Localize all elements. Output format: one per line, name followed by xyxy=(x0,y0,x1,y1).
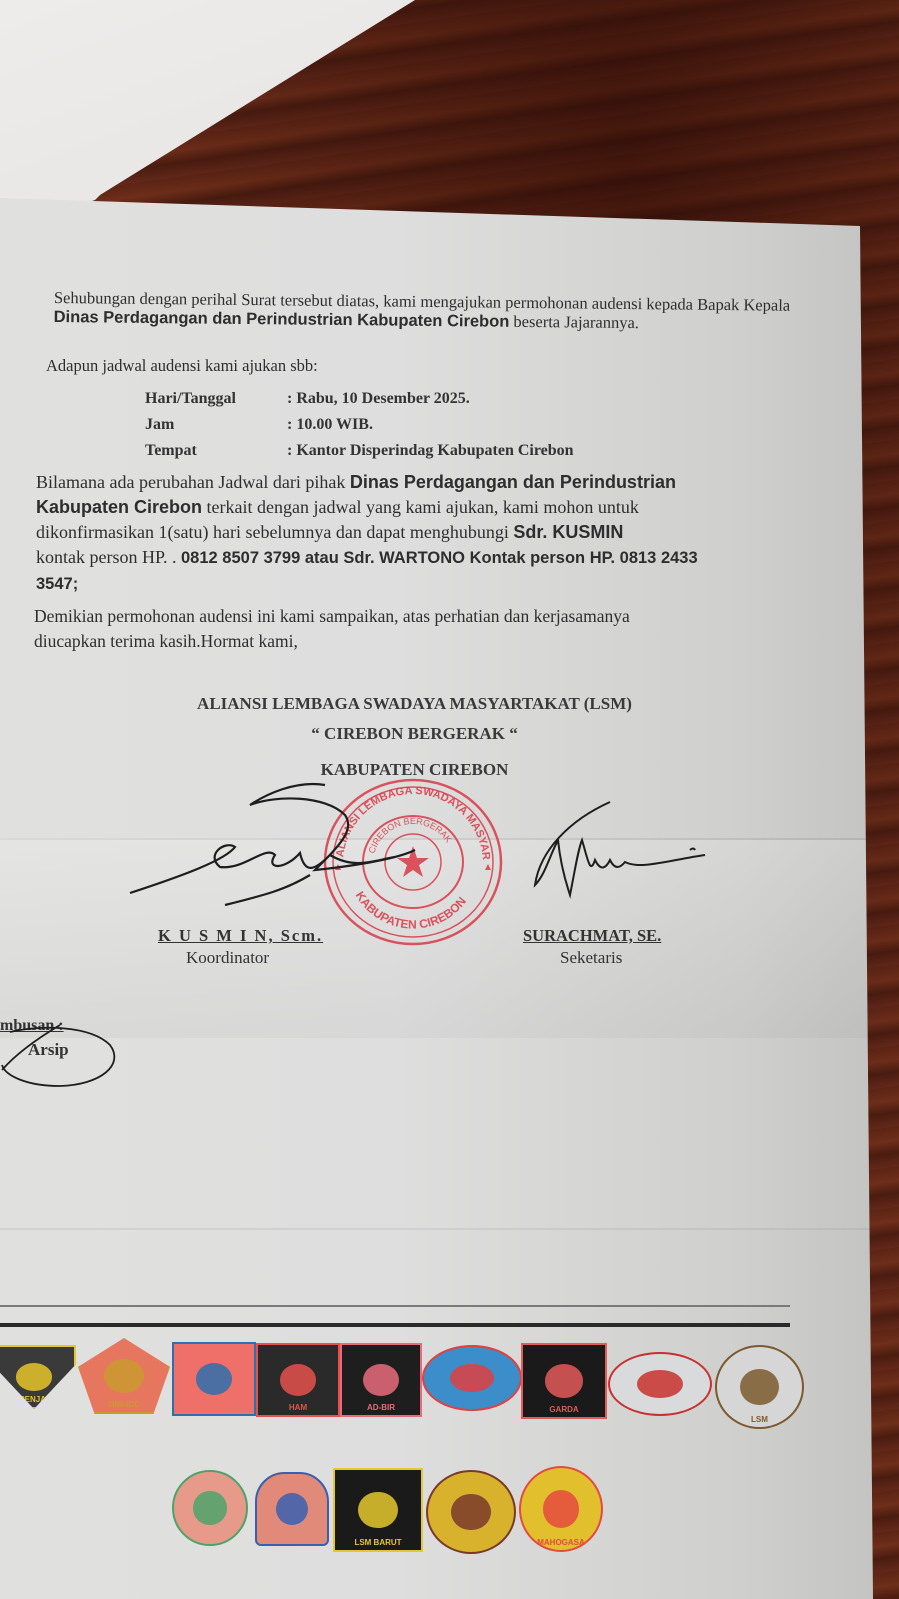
signatory-role-koordinator: Koordinator xyxy=(186,948,269,968)
schedule-label: Hari/Tanggal xyxy=(145,389,287,408)
logo-emblem-icon xyxy=(740,1369,779,1406)
schedule-intro: Adapun jadwal audensi kami ajukan sbb: xyxy=(46,356,318,376)
logo-emblem-icon xyxy=(543,1490,580,1528)
org-logo-ham: HAM xyxy=(256,1343,340,1417)
org-logo-globe-emblem xyxy=(608,1352,712,1416)
notice-text: terkait dengan jadwal yang kami ajukan, … xyxy=(202,497,639,517)
org-logo-istra xyxy=(426,1470,516,1554)
schedule-row-time: Jam : 10.00 WIB. xyxy=(145,412,574,438)
logo-emblem-icon xyxy=(451,1494,491,1531)
org-logo-ad-bir: AD-BIR xyxy=(340,1343,422,1417)
logo-emblem-icon xyxy=(104,1359,144,1392)
signature-koordinator xyxy=(125,775,425,925)
logo-label: GARDA xyxy=(523,1405,605,1414)
footer-rule-thick xyxy=(0,1323,790,1327)
logo-label: AD-BIR xyxy=(342,1403,420,1412)
signatory-name-koordinator: K U S M I N, Scm. xyxy=(158,926,323,946)
signatory-name-seketaris: SURACHMAT, SE. xyxy=(523,926,661,946)
logo-emblem-icon xyxy=(16,1363,53,1391)
schedule-row-place: Tempat : Kantor Disperindag Kabupaten Ci… xyxy=(145,438,574,464)
schedule-value: : Kantor Disperindag Kabupaten Cirebon xyxy=(287,441,574,460)
intro-agency: Dinas Perdagangan dan Perindustrian Kabu… xyxy=(54,308,510,331)
org-logo-garda: GARDA xyxy=(521,1343,607,1419)
logo-emblem-icon xyxy=(193,1491,226,1524)
closing-line: Demikian permohonan audensi ini kami sam… xyxy=(34,604,824,629)
signatory-role-seketaris: Seketaris xyxy=(560,948,622,968)
footer-rule-thin xyxy=(0,1305,790,1307)
logo-emblem-icon xyxy=(280,1364,317,1396)
org-logo-lsm-eagle: LSM xyxy=(715,1345,804,1429)
logo-label: HAM xyxy=(258,1403,338,1412)
logo-emblem-icon xyxy=(450,1364,494,1393)
logo-emblem-icon xyxy=(545,1364,583,1397)
notice-text: dikonfirmasikan 1(satu) hari sebelumnya … xyxy=(36,522,513,542)
organization-name: ALIANSI LEMBAGA SWADAYA MASYARTAKAT (LSM… xyxy=(0,694,864,714)
logo-emblem-icon xyxy=(637,1370,683,1398)
schedule-row-date: Hari/Tanggal : Rabu, 10 Desember 2025. xyxy=(145,386,574,412)
schedule-label: Jam xyxy=(145,415,287,434)
closing-paragraph: Demikian permohonan audensi ini kami sam… xyxy=(34,604,824,654)
logo-emblem-icon xyxy=(358,1492,398,1529)
org-logo-lsm-barut: LSM BARUT xyxy=(333,1468,423,1552)
notice-text: kontak person HP. . xyxy=(36,547,181,567)
schedule-label: Tempat xyxy=(145,441,287,460)
signature-seketaris xyxy=(520,800,710,900)
logo-label: OMI-ICC xyxy=(80,1400,168,1409)
change-notice-paragraph: Bilamana ada perubahan Jadwal dari pihak… xyxy=(36,470,826,597)
notice-agency: Dinas Perdagangan dan Perindustrian xyxy=(350,472,676,492)
handwritten-circle-mark xyxy=(0,1020,120,1090)
intro-text-end: beserta Jajarannya. xyxy=(509,312,639,332)
org-logo-mahogasa: MAHOGASA xyxy=(519,1466,603,1552)
org-logo-gerakan-anti xyxy=(422,1345,522,1411)
schedule-table: Hari/Tanggal : Rabu, 10 Desember 2025. J… xyxy=(145,386,574,464)
notice-text: Bilamana ada perubahan Jadwal dari pihak xyxy=(36,472,350,492)
closing-line: diucapkan terima kasih.Hormat kami, xyxy=(34,629,824,654)
paper-fold-line xyxy=(0,1228,873,1230)
org-logo-forum-sarjana-hukum xyxy=(255,1472,329,1546)
org-logo-garuda-circle xyxy=(172,1470,248,1546)
schedule-value: : 10.00 WIB. xyxy=(287,415,373,434)
schedule-value: : Rabu, 10 Desember 2025. xyxy=(287,389,470,408)
logo-emblem-icon xyxy=(196,1363,233,1395)
intro-paragraph: Sehubungan dengan perihal Surat tersebut… xyxy=(54,288,794,335)
contact-name: Sdr. KUSMIN xyxy=(513,522,623,542)
logo-emblem-icon xyxy=(363,1364,399,1396)
org-logo-medical-emblem xyxy=(172,1342,256,1416)
logo-label: LSM xyxy=(717,1415,802,1424)
logo-label: LSM BARUT xyxy=(335,1538,421,1547)
contact-phones: 0812 8507 3799 atau Sdr. WARTONO Kontak … xyxy=(181,549,698,567)
organization-alias: “ CIREBON BERGERAK “ xyxy=(0,724,864,744)
notice-region: Kabupaten Cirebon xyxy=(36,497,202,517)
contact-phones-end: 3547; xyxy=(36,575,78,593)
logo-emblem-icon xyxy=(276,1493,308,1525)
logo-label: MAHOGASA xyxy=(521,1538,601,1547)
